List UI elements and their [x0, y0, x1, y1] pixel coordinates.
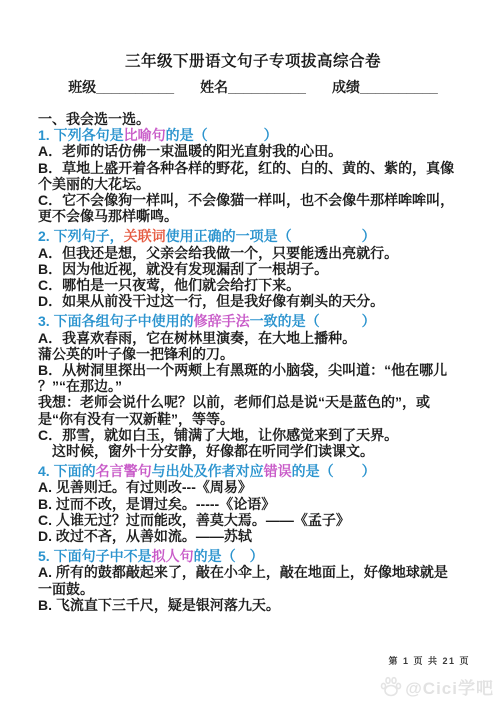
question-4: 4. 下面的名言警句与出处及作者对应错误的是（ ） A. 见善则迁。有过则改--…	[38, 463, 468, 544]
score-field-blank: __________	[360, 79, 438, 95]
class-field: 班级__________	[68, 78, 174, 96]
score-field-label: 成绩	[332, 79, 360, 95]
name-field-label: 姓名	[200, 79, 228, 95]
question-1-text-tail: 的是（ ）	[166, 127, 278, 143]
question-1-term: 比喻句	[124, 127, 166, 143]
worksheet-content: 三年级下册语文句子专项拔高综合卷 班级__________ 姓名________…	[38, 50, 468, 613]
question-3-text-tail: 一致的是（ ）	[250, 313, 376, 329]
question-4-option-d: D. 改过不吝，从善如流。——苏轼	[38, 528, 468, 544]
question-2-option-b: B．因为他近视，就没有发现漏刮了一根胡子。	[38, 261, 468, 277]
question-4-text: 4. 下面的	[38, 463, 96, 479]
question-4-text-mid: 与出处及作者对应	[152, 463, 264, 479]
question-1-option-a: A．老师的话仿佛一束温暖的阳光直射我的心田。	[38, 143, 468, 159]
question-2-text-tail: 使用正确的一项是（ ）	[166, 228, 376, 244]
score-field: 成绩__________	[332, 78, 438, 96]
question-4-term-2: 错误	[264, 463, 292, 479]
question-3-option-c: C．那雪，就如白玉，铺满了大地，让你感觉来到了天界。 这时候，窗外十分安静，好像…	[38, 427, 468, 459]
question-1: 1. 下列各句是比喻句的是（ ） A．老师的话仿佛一束温暖的阳光直射我的心田。 …	[38, 127, 468, 224]
question-2-option-c: C．哪怕是一只夜莺，他们就会给打下来。	[38, 277, 468, 293]
question-1-option-b: B．草地上盛开着各种各样的野花，红的、白的、黄的、紫的，真像 个美丽的大花坛。	[38, 160, 468, 192]
question-5-text-tail: 的是（ ）	[194, 548, 264, 564]
question-2: 2. 下列句子，关联词使用正确的一项是（ ） A．但我还是想，父亲会给我做一个，…	[38, 228, 468, 309]
class-field-label: 班级	[68, 79, 96, 95]
question-4-option-b: B. 过而不改，是谓过矣。-----《论语》	[38, 496, 468, 512]
name-field: 姓名__________	[200, 78, 306, 96]
question-2-option-a: A．但我还是想，父亲会给我做一个，只要能透出亮就行。	[38, 245, 468, 261]
question-1-text: 1. 下列各句是	[38, 127, 124, 143]
question-1-heading: 1. 下列各句是比喻句的是（ ）	[38, 127, 468, 143]
name-field-blank: __________	[228, 79, 306, 95]
header-fields: 班级__________ 姓名__________ 成绩__________	[38, 78, 468, 96]
question-4-text-tail: 的是（ ）	[292, 463, 376, 479]
question-3: 3. 下面各组句子中使用的修辞手法一致的是（ ） A．我喜欢春雨，它在树林里演奏…	[38, 313, 468, 459]
question-2-text: 2. 下列句子，	[38, 228, 124, 244]
watermark-text: @Cici学吧	[405, 674, 494, 699]
class-field-blank: __________	[96, 79, 174, 95]
worksheet-page: 三年级下册语文句子专项拔高综合卷 班级__________ 姓名________…	[0, 0, 500, 707]
question-4-option-c: C. 人谁无过？过而能改，善莫大焉。——《孟子》	[38, 512, 468, 528]
question-5-option-a: A. 所有的鼓都敲起来了，敲在小伞上，敲在地面上，好像地球就是 一面鼓。	[38, 564, 468, 596]
question-3-term: 修辞手法	[194, 313, 250, 329]
question-5-option-b: B. 飞流直下三千尺，疑是银河落九天。	[38, 597, 468, 613]
question-1-option-c: C．它不会像狗一样叫，不会像猫一样叫，也不会像牛那样哞哞叫， 更不会像马那样嘶鸣…	[38, 192, 468, 224]
paw-icon	[379, 675, 403, 699]
question-3-option-a: A．我喜欢春雨，它在树林里演奏，在大地上播种。 蒲公英的叶子像一把锋利的刀。	[38, 330, 468, 362]
question-4-option-a: A. 见善则迁。有过则改---《周易》	[38, 479, 468, 495]
question-2-term: 关联词	[124, 228, 166, 244]
question-5-term: 拟人句	[152, 548, 194, 564]
question-5-heading: 5. 下面句子中不是拟人句的是（ ）	[38, 548, 468, 564]
question-5-text: 5. 下面句子中不是	[38, 548, 152, 564]
watermark: @Cici学吧	[379, 674, 494, 699]
section-title: 一、我会选一选。	[38, 111, 468, 127]
question-3-option-b: B．从树洞里探出一个两颊上有黑斑的小脑袋，尖叫道：“他在哪儿 ？”“在那边。” …	[38, 362, 468, 427]
question-4-term: 名言警句	[96, 463, 152, 479]
question-5: 5. 下面句子中不是拟人句的是（ ） A. 所有的鼓都敲起来了，敲在小伞上，敲在…	[38, 548, 468, 613]
question-3-text: 3. 下面各组句子中使用的	[38, 313, 194, 329]
question-3-heading: 3. 下面各组句子中使用的修辞手法一致的是（ ）	[38, 313, 468, 329]
question-2-heading: 2. 下列句子，关联词使用正确的一项是（ ）	[38, 228, 468, 244]
page-number-footer: 第 1 页 共 21 页	[388, 654, 470, 667]
page-title: 三年级下册语文句子专项拔高综合卷	[38, 50, 468, 74]
question-4-heading: 4. 下面的名言警句与出处及作者对应错误的是（ ）	[38, 463, 468, 479]
question-2-option-d: D．如果从前没干过这一行，但是我好像有剃头的天分。	[38, 293, 468, 309]
